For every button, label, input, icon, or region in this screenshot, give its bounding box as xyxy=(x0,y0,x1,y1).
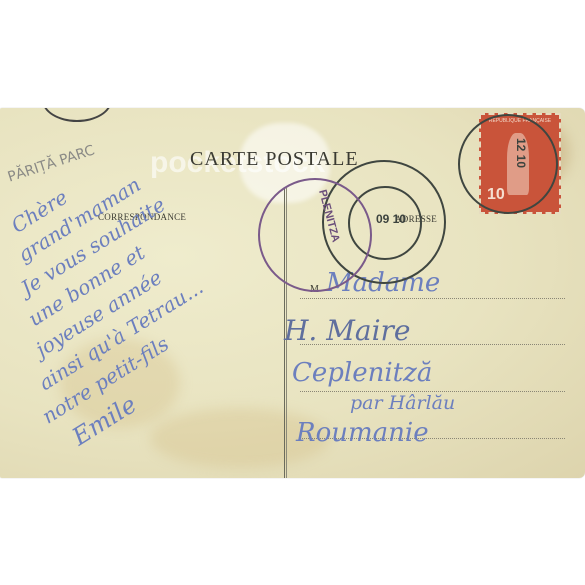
postmark-date: 12 10 xyxy=(514,138,528,168)
postmark-top-partial xyxy=(42,108,112,122)
postmark-date: 09 10 xyxy=(376,212,406,226)
address-line-4: par Hârlău xyxy=(350,392,455,414)
postmark-departure: 12 10 xyxy=(458,114,558,214)
pencil-note: PĂRIȚĂ PARC xyxy=(6,142,97,185)
postcard-title: CARTE POSTALE xyxy=(190,148,359,171)
postcard: pocketstock CARTE POSTALE CORRESPONDANCE… xyxy=(0,108,585,478)
address-line xyxy=(300,298,565,299)
address-line-3: Ceplenitză xyxy=(292,358,432,388)
postmark-text: PLENITZA xyxy=(316,188,342,243)
postmark-plenitza: PLENITZA xyxy=(258,178,372,292)
address-line-2: H. Maire xyxy=(284,314,411,347)
address-line-5: Roumanie xyxy=(296,418,429,448)
